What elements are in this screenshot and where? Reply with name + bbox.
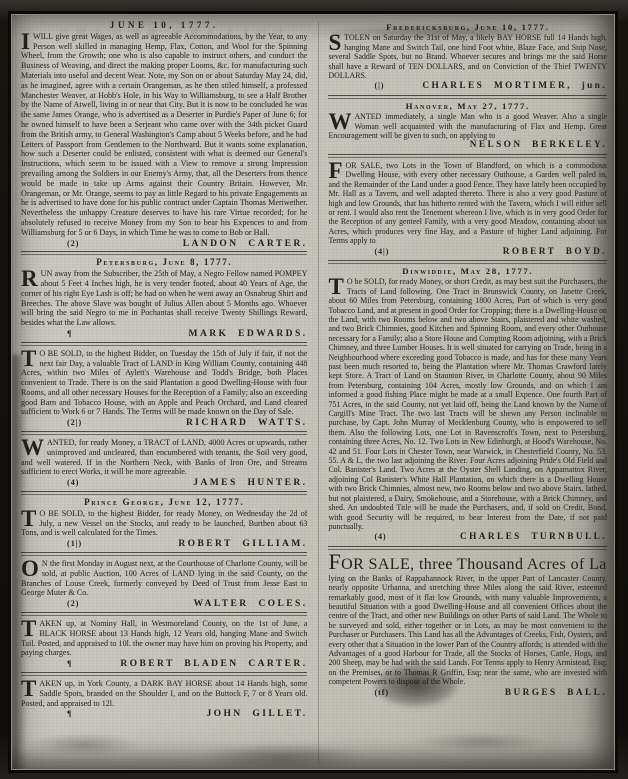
- ad-mark: (tf): [374, 688, 389, 697]
- drop-cap: F: [328, 161, 345, 180]
- ad-body: lying on the Banks of Rappahannock River…: [328, 574, 607, 686]
- divider-rule: [21, 342, 307, 346]
- drop-cap: S: [328, 33, 344, 52]
- column-right: Fredericksburg, June 10, 1777. S TOLEN o…: [318, 21, 607, 765]
- divider-rule: [21, 491, 307, 495]
- drop-cap: R: [21, 269, 41, 288]
- ad-dateline: Prince George, June 12, 1777.: [21, 498, 307, 508]
- ad-signature: JAMES HUNTER.: [193, 478, 307, 488]
- ad-body: AKEN up, in York County, a DARK BAY HORS…: [21, 679, 307, 708]
- ad-body: AKEN up, at Nominy Hall, in Westmoreland…: [21, 619, 307, 657]
- ad-signature: CHARLES MORTIMER, jun.: [422, 82, 607, 91]
- drop-cap: I: [21, 32, 33, 51]
- ad-charlotte-auction: O N the first Monday in August next, at …: [21, 559, 307, 609]
- ad-signature: CHARLES TURNBULL.: [460, 533, 607, 542]
- ad-signature-row: ¶ MARK EDWARDS.: [21, 329, 307, 339]
- ad-signature-row: (2) WALTER COLES.: [21, 599, 307, 609]
- ad-signature-row: (|) CHARLES MORTIMER, jun.: [328, 81, 607, 91]
- ad-signature-row: (4|) ROBERT BOYD.: [328, 247, 607, 257]
- ad-taken-up-dark-bay-horse: T AKEN up, in York County, a DARK BAY HO…: [21, 679, 307, 719]
- ad-taken-up-black-horse: T AKEN up, at Nominy Hall, in Westmorela…: [21, 619, 307, 669]
- ad-signature: BURGES BALL.: [505, 689, 607, 698]
- ad-body: OR SALE, two Lots in the Town of Blandfo…: [328, 161, 607, 245]
- ad-body: ANTED, for ready Money, a TRACT of LAND,…: [21, 438, 307, 476]
- ad-wanted-tract-of-land: W ANTED, for ready Money, a TRACT of LAN…: [21, 438, 307, 488]
- ad-land-king-william: T O BE SOLD, to the highest Bidder, on T…: [21, 349, 307, 428]
- ad-runaway-pompey: Petersburg, June 8, 1777. R UN away from…: [21, 258, 307, 338]
- ad-signature: WALTER COLES.: [194, 599, 308, 609]
- ad-signature: ROBERT BOYD.: [503, 248, 607, 257]
- ad-dateline: Hanover, May 27, 1777.: [328, 102, 607, 111]
- ad-wanted-weaver: Hanover, May 27, 1777. W ANTED immediate…: [328, 102, 607, 151]
- ad-signature-row: ¶ JOHN GILLET.: [21, 709, 307, 719]
- ad-mark: ¶: [67, 659, 72, 669]
- ad-signature: LANDON CARTER.: [183, 239, 308, 249]
- ad-signature: NELSON BERKELEY.: [470, 141, 607, 150]
- ad-body: WILL give great Wages, as well as agreea…: [21, 32, 307, 237]
- ad-blandford-lots: F OR SALE, two Lots in the Town of Bland…: [328, 161, 607, 257]
- ad-signature-row: NELSON BERKELEY.: [328, 141, 607, 150]
- ad-mark: (2): [67, 599, 79, 609]
- newspaper-paper: DOLLARS REWARD JUNE 10, 1777. I WILL giv…: [11, 14, 615, 770]
- ad-mark: (2): [67, 239, 79, 249]
- ad-body: O BE SOLD, to the highest Bidder, on Tue…: [21, 349, 307, 417]
- columns: JUNE 10, 1777. I WILL give great Wages, …: [21, 21, 607, 765]
- column-left: JUNE 10, 1777. I WILL give great Wages, …: [21, 21, 307, 765]
- ad-signature-row: ¶ ROBERT BLADEN CARTER.: [21, 659, 307, 669]
- ad-dinwiddie-tracts: Dinwiddie, May 28, 1777. T O be SOLD, fo…: [328, 267, 607, 543]
- drop-cap: W: [21, 438, 47, 457]
- ad-stolen-bay-horse: Fredericksburg, June 10, 1777. S TOLEN o…: [328, 23, 607, 92]
- ad-signature-row: (2) LANDON CARTER.: [21, 239, 307, 249]
- drop-cap: T: [21, 509, 39, 528]
- ad-signature: RICHARD WATTS.: [186, 418, 308, 428]
- ad-signature: JOHN GILLET.: [206, 709, 307, 719]
- scanned-newspaper-page: DOLLARS REWARD JUNE 10, 1777. I WILL giv…: [0, 0, 628, 779]
- drop-cap: T: [21, 679, 39, 698]
- divider-rule: [328, 260, 607, 264]
- divider-rule: [328, 546, 607, 550]
- drop-cap: W: [328, 112, 354, 131]
- ad-three-thousand-acres: FOR SALE, three Thousand Acres of Land, …: [328, 553, 607, 698]
- ad-body: ANTED immediately, a single Man who is a…: [328, 112, 607, 140]
- column-dateline: JUNE 10, 1777.: [21, 21, 307, 31]
- divider-rule: [21, 612, 307, 616]
- ad-headline: FOR SALE, three Thousand Acres of Land,: [328, 553, 607, 574]
- ad-body: O be SOLD, for ready Money, or short Cre…: [328, 277, 607, 531]
- ad-signature: MARK EDWARDS.: [189, 329, 308, 339]
- divider-rule: [328, 154, 607, 158]
- ad-signature: ROBERT BLADEN CARTER.: [120, 659, 307, 669]
- ad-dateline: Dinwiddie, May 28, 1777.: [328, 267, 607, 276]
- ad-mark: (4): [374, 532, 386, 541]
- ad-mark: (4): [67, 478, 79, 488]
- ad-mark: ¶: [67, 709, 72, 719]
- divider-rule: [21, 431, 307, 435]
- ad-mark: (2|): [67, 418, 82, 428]
- divider-rule: [328, 95, 607, 99]
- ad-body: TOLEN on Saturday the 31st of May, a lik…: [328, 33, 607, 80]
- drop-cap: T: [21, 619, 39, 638]
- ad-dateline: Petersburg, June 8, 1777.: [21, 258, 307, 268]
- ad-body: O BE SOLD, to the highest Bidder, for re…: [21, 509, 307, 538]
- ad-mark: (4|): [374, 247, 389, 256]
- ad-dateline: Fredericksburg, June 10, 1777.: [328, 23, 607, 32]
- ad-mark: ¶: [67, 329, 72, 339]
- divider-rule: [21, 251, 307, 255]
- ad-signature-row: (tf) BURGES BALL.: [328, 688, 607, 698]
- drop-cap: O: [21, 559, 42, 578]
- ad-signature: ROBERT GILLIAM.: [178, 539, 307, 549]
- ad-body: UN away from the Subscriber, the 25th of…: [21, 269, 307, 327]
- ad-signature-row: (1|) ROBERT GILLIAM.: [21, 539, 307, 549]
- ad-signature-row: (2|) RICHARD WATTS.: [21, 418, 307, 428]
- ad-mark: (|): [374, 81, 384, 90]
- ad-signature-row: (4) CHARLES TURNBULL.: [328, 532, 607, 542]
- ad-body: N the first Monday in August next, at th…: [21, 559, 307, 597]
- ad-mark: (1|): [67, 539, 82, 549]
- ad-signature-row: (4) JAMES HUNTER.: [21, 478, 307, 488]
- ad-wages-weaver: I WILL give great Wages, as well as agre…: [21, 32, 307, 249]
- drop-cap: T: [21, 349, 39, 368]
- ad-vessel-on-stocks: Prince George, June 12, 1777. T O BE SOL…: [21, 498, 307, 549]
- divider-rule: [21, 552, 307, 556]
- drop-cap: T: [328, 277, 346, 296]
- divider-rule: [21, 672, 307, 676]
